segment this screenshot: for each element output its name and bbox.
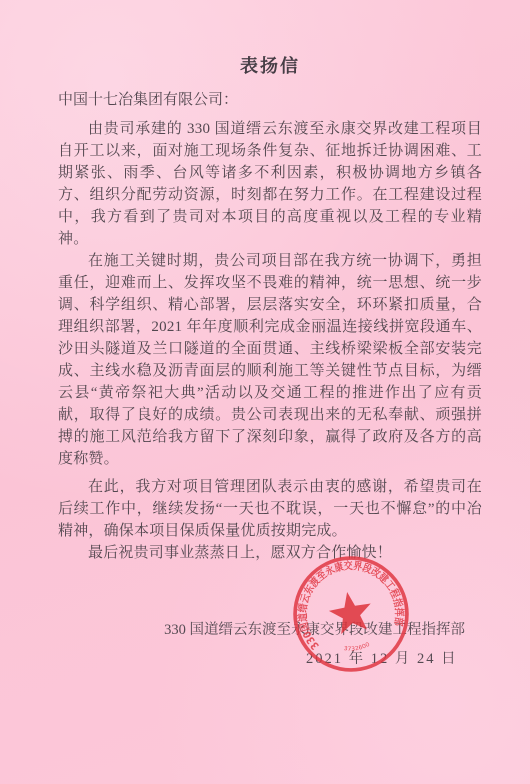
paragraph-2: 在施工关键时期，贵公司项目部在我方统一协调下，勇担重任，迎难而上、发挥攻坚不畏难… (58, 250, 482, 470)
letter-body: 由贵司承建的 330 国道缙云东渡至永康交界改建工程项目自开工以来，面对施工现场… (58, 118, 482, 564)
paragraph-4: 最后祝贵司事业蒸蒸日上，愿双方合作愉快！ (58, 542, 482, 564)
letter-title: 表扬信 (58, 54, 482, 78)
paragraph-1: 由贵司承建的 330 国道缙云东渡至永康交界改建工程项目自开工以来，面对施工现场… (58, 118, 482, 250)
seal-serial: 3732600 (342, 641, 372, 654)
official-seal: 330国道缙云东渡至永康交界段改建工程指挥部 3732600 (290, 553, 412, 675)
letter-content: 表扬信 中国十七冶集团有限公司： 由贵司承建的 330 国道缙云东渡至永康交界改… (58, 54, 482, 564)
paragraph-3: 在此，我方对项目管理团队表示由衷的感谢，希望贵司在后续工作中，继续发扬“一天也不… (58, 476, 482, 542)
commendation-letter-page: 表扬信 中国十七冶集团有限公司： 由贵司承建的 330 国道缙云东渡至永康交界改… (0, 0, 530, 784)
seal-serial-holder: 3732600 (342, 641, 372, 654)
seal-star-icon (326, 588, 375, 635)
recipient-line: 中国十七冶集团有限公司： (58, 90, 482, 110)
